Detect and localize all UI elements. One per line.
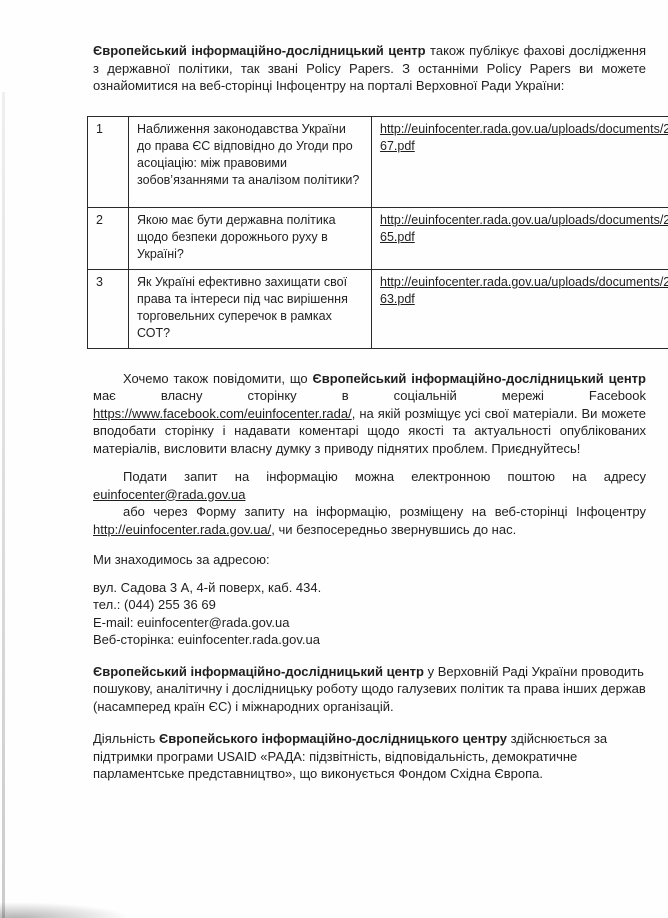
scan-edge-artifact (2, 92, 5, 918)
intro-bold-org-name: Європейський інформаційно-дослідницький … (93, 43, 426, 58)
facebook-bold-org-name: Європейський інформаційно-дослідницький … (312, 371, 646, 386)
paper-link-cell: http://euinfocenter.rada.gov.ua/uploads/… (372, 207, 668, 269)
paper-link[interactable]: http://euinfocenter.rada.gov.ua/uploads/… (380, 213, 668, 244)
request-form-paragraph: або через Форму запиту на інформацію, ро… (93, 503, 646, 538)
facebook-paragraph: Хочемо також повідомити, що Європейський… (93, 370, 646, 458)
table-row: 3 Як Україні ефективно захищати свої пра… (88, 269, 668, 348)
paper-question: Якою має бути державна політика щодо без… (129, 207, 372, 269)
location-heading: Ми знаходимось за адресою: (93, 551, 646, 569)
email-line: E-mail: euinfocenter@rada.gov.ua (93, 614, 646, 632)
row-number: 1 (88, 116, 129, 207)
table-row: 2 Якою має бути державна політика щодо б… (88, 207, 668, 269)
request-info-block: Подати запит на інформацію можна електро… (93, 468, 646, 538)
activity-paragraph: Діяльність Європейського інформаційно-до… (93, 730, 646, 783)
activity-bold-org-name: Європейського інформаційно-дослідницьког… (159, 731, 507, 746)
paper-question: Наближення законодавства України до прав… (129, 116, 372, 207)
paper-link[interactable]: http://euinfocenter.rada.gov.ua/uploads/… (380, 122, 668, 153)
row-number: 2 (88, 207, 129, 269)
facebook-lead-text: Хочемо також повідомити, що (123, 371, 312, 386)
request-form-tail-text: , чи безпосередньо звернувшись до нас. (271, 522, 516, 537)
about-center-paragraph: Європейський інформаційно-дослідницький … (93, 663, 646, 716)
facebook-page-link[interactable]: https://www.facebook.com/euinfocenter.ra… (93, 406, 352, 421)
request-email-text: Подати запит на інформацію можна електро… (123, 469, 646, 484)
address-block: вул. Садова 3 А, 4-й поверх, каб. 434. т… (93, 579, 646, 649)
phone-line: тел.: (044) 255 36 69 (93, 596, 646, 614)
table-row: 1 Наближення законодавства України до пр… (88, 116, 668, 207)
website-line: Веб-сторінка: euinfocenter.rada.gov.ua (93, 631, 646, 649)
paper-link-cell: http://euinfocenter.rada.gov.ua/uploads/… (372, 269, 668, 348)
request-email-link[interactable]: euinfocenter@rada.gov.ua (93, 487, 245, 502)
infocenter-site-link[interactable]: http://euinfocenter.rada.gov.ua/ (93, 522, 271, 537)
activity-lead-text: Діяльність (93, 731, 159, 746)
policy-papers-table: 1 Наближення законодавства України до пр… (87, 116, 668, 349)
request-email-paragraph: Подати запит на інформацію можна електро… (93, 468, 646, 503)
paper-link-cell: http://euinfocenter.rada.gov.ua/uploads/… (372, 116, 668, 207)
scanned-document-page: Європейський інформаційно-дослідницький … (0, 0, 668, 918)
address-line: вул. Садова 3 А, 4-й поверх, каб. 434. (93, 579, 646, 597)
paper-link[interactable]: http://euinfocenter.rada.gov.ua/uploads/… (380, 275, 668, 306)
about-bold-org-name: Європейський інформаційно-дослідницький … (93, 664, 424, 679)
paper-question: Як Україні ефективно захищати свої права… (129, 269, 372, 348)
scan-smudge-artifact (0, 902, 130, 918)
intro-paragraph: Європейський інформаційно-дослідницький … (93, 42, 646, 95)
document-content: Європейський інформаційно-дослідницький … (93, 42, 646, 783)
request-form-text: або через Форму запиту на інформацію, ро… (123, 504, 646, 519)
row-number: 3 (88, 269, 129, 348)
facebook-middle-text: має власну сторінку в соціальній мережі … (93, 388, 646, 403)
